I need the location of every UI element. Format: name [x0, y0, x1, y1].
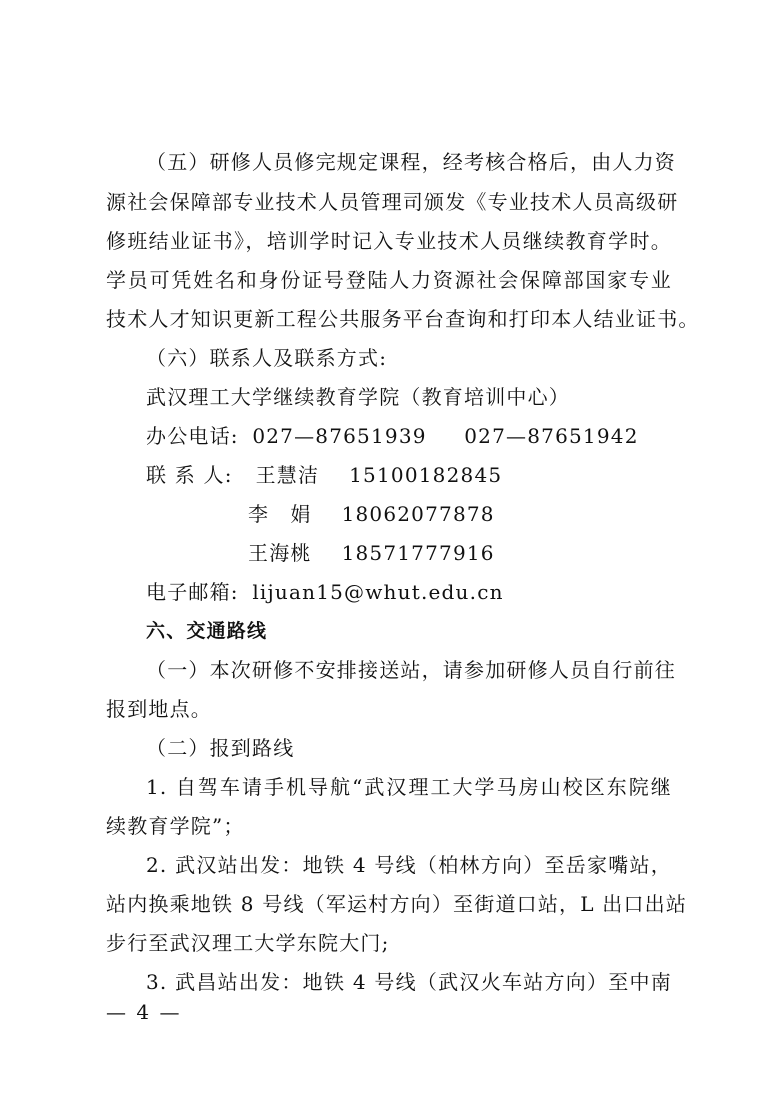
route-1-line-1: 1. 自驾车请手机导航“武汉理工大学马房山校区东院继 — [146, 775, 672, 799]
document-page: （五）研修人员修完规定课程，经考核合格后，由人力资 源社会保障部专业技术人员管理… — [0, 0, 776, 1107]
paragraph-5-line-1: （五）研修人员修完规定课程，经考核合格后，由人力资 — [146, 150, 672, 174]
contact-name-1: 王慧洁 — [256, 463, 342, 487]
organization-name: 武汉理工大学继续教育学院（教育培训中心） — [146, 385, 712, 409]
email-label: 电子邮箱: — [146, 580, 239, 604]
contact-label: 联 系 人: — [146, 463, 248, 487]
route-2-line-3: 步行至武汉理工大学东院大门; — [106, 931, 672, 955]
route-2-line-2: 站内换乘地铁 8 号线（军运村方向）至街道口站，L 出口出站 — [106, 892, 672, 916]
office-phone-row: 办公电话: 027—87651939 027—87651942 — [146, 424, 712, 448]
contact-row-2: 李 娟 18062077878 — [248, 502, 776, 526]
contact-phone-1: 15100182845 — [349, 463, 502, 487]
paragraph-5-line-2: 源社会保障部专业技术人员管理司颁发《专业技术人员高级研 — [106, 190, 672, 214]
contact-section-title: （六）联系人及联系方式: — [146, 346, 712, 370]
route-1-line-2: 续教育学院”； — [106, 814, 672, 838]
contact-name-3: 王海桃 — [248, 541, 334, 565]
office-phone-1: 027—87651939 — [252, 424, 426, 448]
contact-phone-2: 18062077878 — [342, 502, 495, 526]
transport-item-1-line-2: 报到地点。 — [106, 697, 672, 721]
transport-item-2-title: （二）报到路线 — [146, 736, 712, 760]
email-address[interactable]: lijuan15@whut.edu.cn — [252, 580, 503, 604]
paragraph-5-line-4: 学员可凭姓名和身份证号登陆人力资源社会保障部国家专业 — [106, 268, 672, 292]
page-number: — 4 — — [106, 1000, 181, 1024]
route-3-line-1: 3. 武昌站出发：地铁 4 号线（武汉火车站方向）至中南 — [146, 970, 672, 994]
office-phone-label: 办公电话: — [146, 424, 239, 448]
route-2-line-1: 2. 武汉站出发：地铁 4 号线（柏林方向）至岳家嘴站， — [146, 853, 672, 877]
email-row: 电子邮箱: lijuan15@whut.edu.cn — [146, 580, 712, 604]
transport-item-1-line-1: （一）本次研修不安排接送站，请参加研修人员自行前往 — [146, 658, 672, 682]
contact-name-2: 李 娟 — [248, 502, 334, 526]
office-phone-2: 027—87651942 — [464, 424, 638, 448]
contact-row-1: 联 系 人: 王慧洁 15100182845 — [146, 463, 712, 487]
contact-phone-3: 18571777916 — [342, 541, 495, 565]
section-heading-transport: 六、交通路线 — [146, 619, 712, 643]
contact-row-3: 王海桃 18571777916 — [248, 541, 776, 565]
paragraph-5-line-3: 修班结业证书》，培训学时记入专业技术人员继续教育学时。 — [106, 229, 672, 253]
paragraph-5-line-5: 技术人才知识更新工程公共服务平台查询和打印本人结业证书。 — [106, 307, 672, 331]
